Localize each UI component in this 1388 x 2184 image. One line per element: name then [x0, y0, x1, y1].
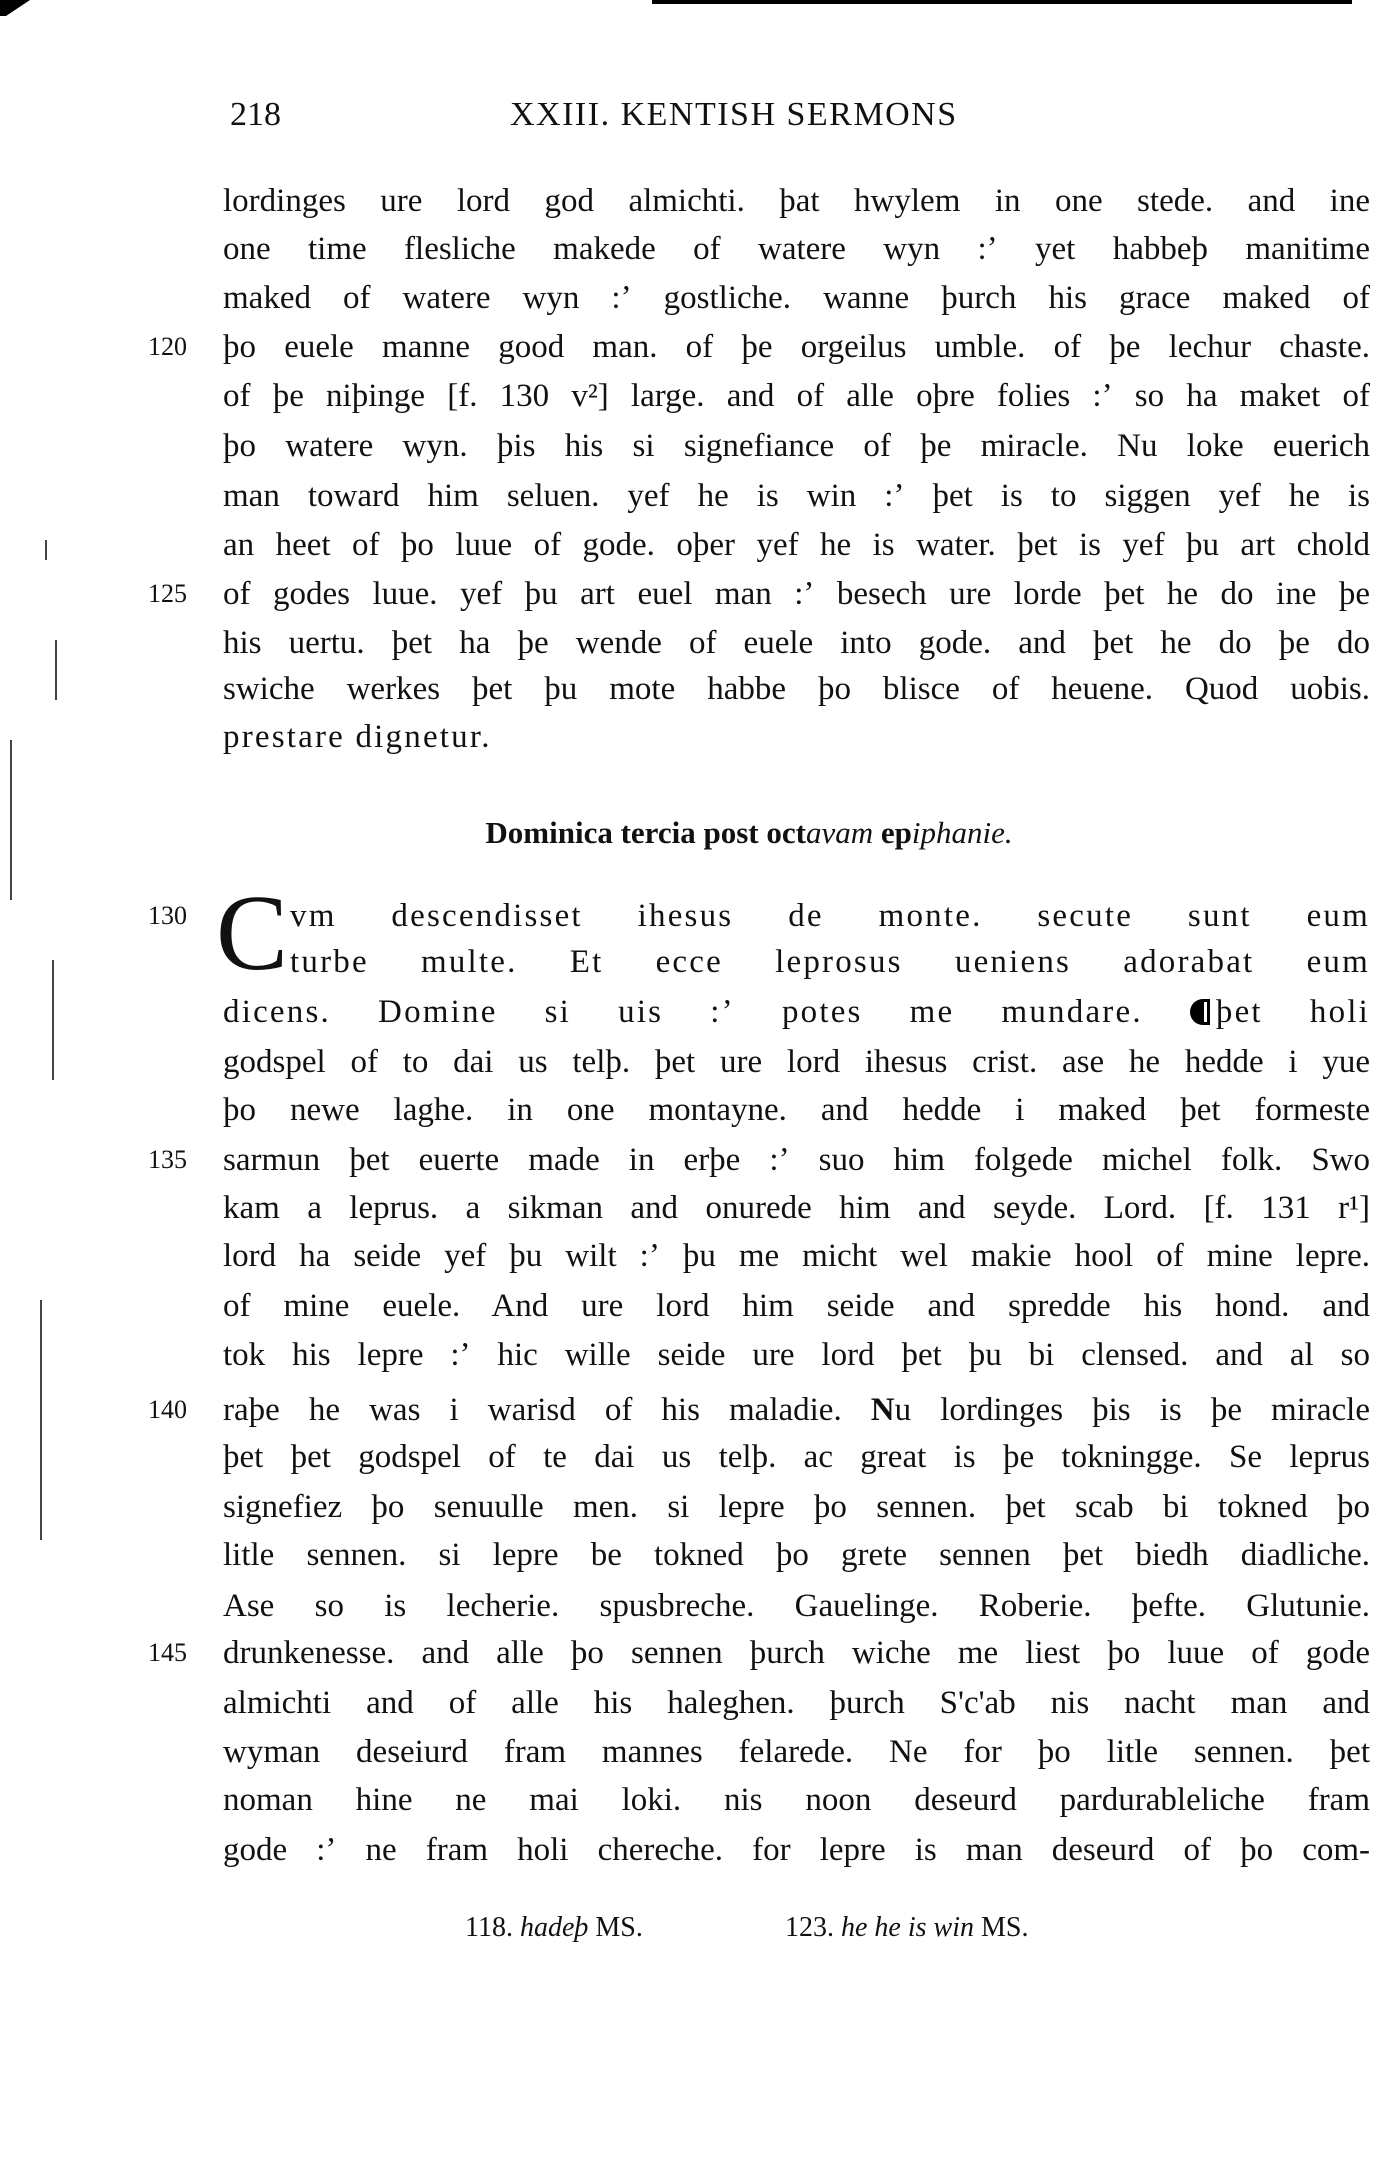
text-line: almichti and of alle his haleghen. þurch…: [223, 1681, 1370, 1725]
section-heading: Dominica tercia post octavam epiphanie.: [0, 815, 1388, 851]
line-number: 125: [148, 572, 187, 616]
text-line: sarmun þet euerte made in erþe :ʼ suo hi…: [223, 1138, 1370, 1182]
text-line: of godes luue. yef þu art euel man :ʼ be…: [223, 572, 1370, 616]
page-number: 218: [230, 96, 281, 134]
running-head: 218 XXIII. KENTISH SERMONS: [225, 96, 1370, 140]
text-line: þo watere wyn. þis his si signefiance of…: [223, 424, 1370, 468]
text-line: Ase so is lecherie. spusbreche. Gaueling…: [223, 1584, 1370, 1628]
scan-noise: [40, 1300, 42, 1540]
drop-cap: C: [216, 880, 288, 988]
text-line: noman hine ne mai loki. nis noon deseurd…: [223, 1778, 1370, 1822]
text-line: lord ha seide yef þu wilt :ʼ þu me micht…: [223, 1234, 1370, 1278]
text-line: þet þet godspel of te dai us telþ. ac gr…: [223, 1435, 1370, 1479]
text-line: turbe multe. Et ecce leprosus ueniens ad…: [290, 940, 1370, 984]
footnote-text: MS.: [588, 1912, 642, 1943]
top-rule: [652, 0, 1352, 4]
text-line: of þe niþinge [f. 130 v²] large. and of …: [223, 374, 1370, 418]
text-line: litle sennen. si lepre be tokned þo gret…: [223, 1533, 1370, 1577]
scan-noise: [55, 640, 57, 700]
footnote-italic: he he is win: [841, 1912, 974, 1943]
text-line: godspel of to dai us telþ. þet ure lord …: [223, 1040, 1370, 1084]
paragraph-mark-icon: [1190, 999, 1210, 1025]
footnote: 118. hadeþ MS.: [465, 1912, 643, 1944]
text-line: gode :ʼ ne fram holi chereche. for lepre…: [223, 1828, 1370, 1872]
text-line: vm descendisset ihesus de monte. secute …: [290, 894, 1370, 938]
heading-italic: iphanie.: [912, 815, 1013, 850]
text-line: wyman deseiurd fram mannes felarede. Ne …: [223, 1730, 1370, 1774]
text-line: man toward him seluen. yef he is win :ʼ …: [223, 474, 1370, 518]
scan-corner-mark: [0, 0, 30, 16]
line-text: þet holi: [1216, 994, 1370, 1030]
line-text: raþe he was i warisd of his maladie.: [223, 1392, 871, 1428]
scan-noise: [52, 960, 54, 1080]
footnote-italic: hadeþ: [520, 1912, 588, 1943]
scan-noise: [10, 740, 12, 900]
text-line: his uertu. þet ha þe wende of euele into…: [223, 621, 1370, 665]
text-line: þo euele manne good man. of þe orgeilus …: [223, 325, 1370, 369]
line-text: dicens. Domine si uis :ʼ potes me mundar…: [223, 994, 1143, 1030]
text-line: prestare dignetur.: [223, 715, 1370, 759]
line-number: 120: [148, 325, 187, 369]
text-line: tok his lepre :ʼ hic wille seide ure lor…: [223, 1333, 1370, 1377]
text-line: of mine euele. And ure lord him seide an…: [223, 1284, 1370, 1328]
scan-noise: [45, 540, 47, 560]
text-line: dicens. Domine si uis :ʼ potes me mundar…: [223, 990, 1370, 1034]
text-line: one time flesliche makede of watere wyn …: [223, 227, 1370, 271]
heading-roman: ep: [873, 815, 912, 850]
line-text: u lordinges þis is þe miracle: [895, 1392, 1370, 1428]
footnote-text: MS.: [974, 1912, 1028, 1943]
heading-roman: Dominica tercia post oct: [485, 815, 806, 850]
text-line: maked of watere wyn :ʼ gostliche. wanne …: [223, 276, 1370, 320]
line-number: 130: [148, 894, 187, 938]
text-line: an heet of þo luue of gode. oþer yef he …: [223, 523, 1370, 567]
text-line: lordinges ure lord god almichti. þat hwy…: [223, 179, 1370, 223]
line-number: 140: [148, 1388, 187, 1432]
line-number: 135: [148, 1138, 187, 1182]
text-line: raþe he was i warisd of his maladie. Nu …: [223, 1388, 1370, 1432]
text-line: signefiez þo senuulle men. si lepre þo s…: [223, 1485, 1370, 1529]
text-line: drunkenesse. and alle þo sennen þurch wi…: [223, 1631, 1370, 1675]
running-title: XXIII. KENTISH SERMONS: [510, 96, 958, 134]
text-line: kam a leprus. a sikman and onurede him a…: [223, 1186, 1370, 1230]
footnote-number: 118.: [465, 1912, 513, 1943]
text-line: þo newe laghe. in one montayne. and hedd…: [223, 1088, 1370, 1132]
footnote: 123. he he is win MS.: [785, 1912, 1028, 1944]
text-line: swiche werkes þet þu mote habbe þo blisc…: [223, 667, 1370, 711]
footnote-number: 123.: [785, 1912, 834, 1943]
line-number: 145: [148, 1631, 187, 1675]
heading-italic: avam: [806, 815, 873, 850]
bold-initial: N: [871, 1392, 895, 1428]
